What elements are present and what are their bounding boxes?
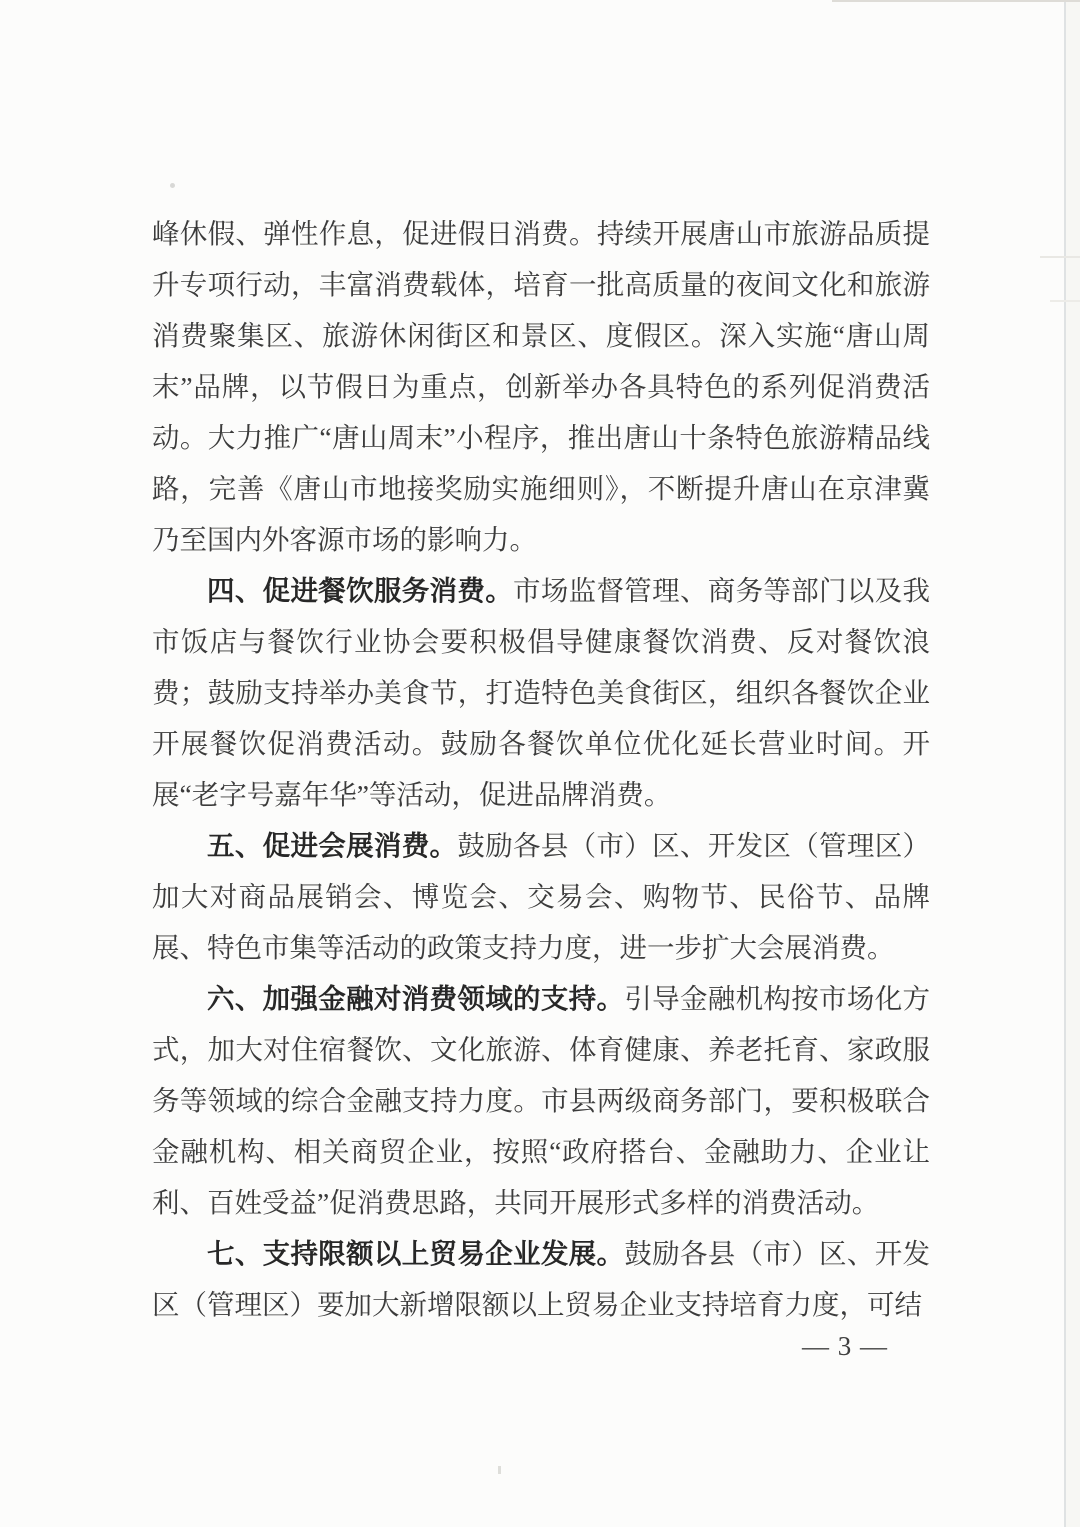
section-heading: 五、促进会展消费。 <box>207 830 457 861</box>
scan-artifact-tick <box>1040 256 1080 258</box>
section-heading: 六、加强金融对消费领域的支持。 <box>207 983 624 1014</box>
paragraph-text: 峰休假、弹性作息，促进假日消费。持续开展唐山市旅游品质提升专项行动，丰富消费载体… <box>152 218 930 555</box>
paragraph-text: 引导金融机构按市场化方式，加大对住宿餐饮、文化旅游、体育健康、养老托育、家政服务… <box>152 983 930 1218</box>
scan-artifact-tick <box>1050 300 1080 302</box>
page-number: — 3 — <box>802 1330 888 1362</box>
scanned-document-page: 峰休假、弹性作息，促进假日消费。持续开展唐山市旅游品质提升专项行动，丰富消费载体… <box>0 0 1080 1527</box>
scan-artifact-speck <box>170 183 175 188</box>
paragraph-section-5: 五、促进会展消费。鼓励各县（市）区、开发区（管理区）加大对商品展销会、博览会、交… <box>152 820 930 973</box>
section-heading: 四、促进餐饮服务消费。 <box>207 575 513 606</box>
scan-artifact-vertical-line <box>1064 0 1066 1527</box>
scan-artifact-top-line <box>832 0 1080 2</box>
paragraph-section-7: 七、支持限额以上贸易企业发展。鼓励各县（市）区、开发区（管理区）要加大新增限额以… <box>152 1228 930 1330</box>
paragraph-text: 市场监督管理、商务等部门以及我市饭店与餐饮行业协会要积极倡导健康餐饮消费、反对餐… <box>152 575 930 810</box>
paragraph-section-4: 四、促进餐饮服务消费。市场监督管理、商务等部门以及我市饭店与餐饮行业协会要积极倡… <box>152 565 930 820</box>
scan-artifact-speck <box>498 1466 501 1474</box>
section-heading: 七、支持限额以上贸易企业发展。 <box>207 1238 624 1269</box>
paragraph-section-6: 六、加强金融对消费领域的支持。引导金融机构按市场化方式，加大对住宿餐饮、文化旅游… <box>152 973 930 1228</box>
scan-edge-shadow <box>1066 0 1080 1527</box>
paragraph-continuation: 峰休假、弹性作息，促进假日消费。持续开展唐山市旅游品质提升专项行动，丰富消费载体… <box>152 208 930 565</box>
document-body: 峰休假、弹性作息，促进假日消费。持续开展唐山市旅游品质提升专项行动，丰富消费载体… <box>152 208 930 1330</box>
